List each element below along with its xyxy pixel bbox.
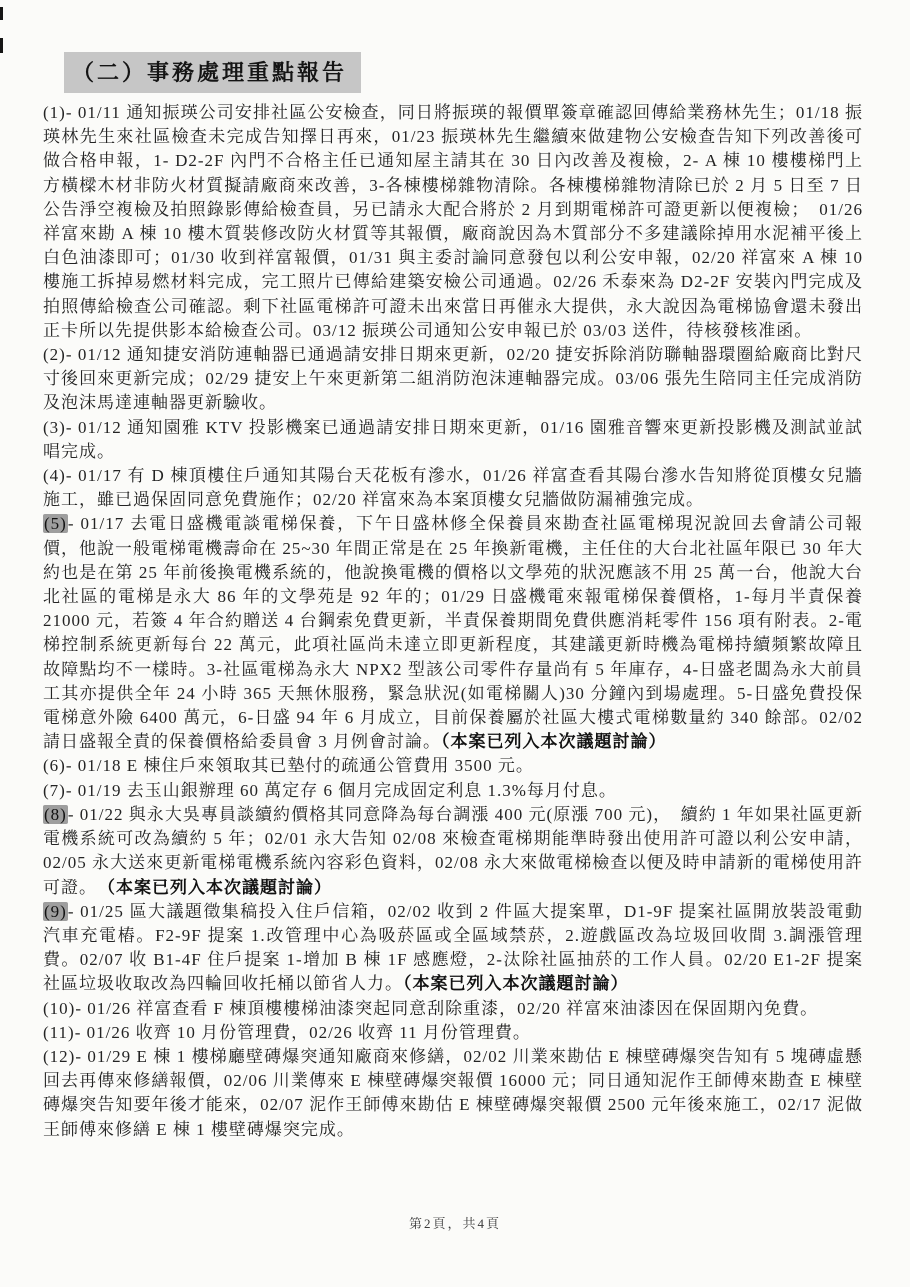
report-item-6: (6)- 01/18 E 棟住戶來領取其已墊付的疏通公管費用 3500 元。: [43, 754, 863, 778]
item-text: - 01/17 有 D 棟頂樓住戶通知其陽台天花板有滲水，01/26 祥富查看其…: [43, 466, 863, 509]
item-number: (4): [43, 466, 66, 485]
item-text: - 01/12 通知捷安消防連軸器已通過請安排日期來更新，02/20 捷安拆除消…: [43, 345, 863, 412]
item-text: - 01/19 去玉山銀辦理 60 萬定存 6 個月完成固定利息 1.3%每月付…: [66, 781, 617, 800]
item-text: - 01/12 通知園雅 KTV 投影機案已通過請安排日期來更新，01/16 園…: [43, 418, 863, 461]
item-number: (10): [43, 999, 75, 1018]
report-item-5: (5)- 01/17 去電日盛機電談電梯保養，下午日盛林修全保養員來勘查社區電梯…: [43, 512, 863, 754]
item-number-highlighted: (5): [43, 514, 68, 533]
report-item-9: (9)- 01/25 區大議題徵集稿投入住戶信箱，02/02 收到 2 件區大提…: [43, 900, 863, 997]
item-text: - 01/18 E 棟住戶來領取其已墊付的疏通公管費用 3500 元。: [66, 756, 534, 775]
item-number: (2): [43, 345, 66, 364]
item-number: (3): [43, 418, 66, 437]
item-number-highlighted: (9): [43, 902, 68, 921]
section-title-row: （二）事務處理重點報告: [43, 52, 863, 93]
item-discussion-note: （本案已列入本次議題討論）: [107, 878, 333, 897]
report-item-7: (7)- 01/19 去玉山銀辦理 60 萬定存 6 個月完成固定利息 1.3%…: [43, 779, 863, 803]
item-text: - 01/26 收齊 10 月份管理費，02/26 收齊 11 月份管理費。: [75, 1023, 531, 1042]
scan-artifact: [0, 7, 3, 20]
report-item-1: (1)- 01/11 通知振瑛公司安排社區公安檢查，同日將振瑛的報價單簽章確認回…: [43, 101, 863, 343]
report-item-11: (11)- 01/26 收齊 10 月份管理費，02/26 收齊 11 月份管理…: [43, 1021, 863, 1045]
item-number: (1): [43, 103, 66, 122]
report-item-12: (12)- 01/29 E 棟 1 樓梯廳壁磚爆突通知廠商來修繕，02/02 川…: [43, 1045, 863, 1142]
report-item-10: (10)- 01/26 祥富查看 F 棟頂樓樓梯油漆突起同意刮除重漆，02/20…: [43, 997, 863, 1021]
item-number: (11): [43, 1023, 75, 1042]
scanned-report-page: （二）事務處理重點報告 (1)- 01/11 通知振瑛公司安排社區公安檢查，同日…: [0, 0, 910, 1287]
report-item-4: (4)- 01/17 有 D 棟頂樓住戶通知其陽台天花板有滲水，01/26 祥富…: [43, 464, 863, 512]
section-title: （二）事務處理重點報告: [64, 52, 361, 93]
report-item-2: (2)- 01/12 通知捷安消防連軸器已通過請安排日期來更新，02/20 捷安…: [43, 343, 863, 416]
page-footer: 第2頁，共4頁: [0, 1213, 910, 1232]
item-number-highlighted: (8): [43, 805, 68, 824]
report-item-8: (8)- 01/22 與永大吳專員談續約價格其同意降為每台調漲 400 元(原漲…: [43, 803, 863, 900]
report-content: （二）事務處理重點報告 (1)- 01/11 通知振瑛公司安排社區公安檢查，同日…: [0, 0, 910, 1142]
report-item-3: (3)- 01/12 通知園雅 KTV 投影機案已通過請安排日期來更新，01/1…: [43, 416, 863, 464]
item-text: - 01/26 祥富查看 F 棟頂樓樓梯油漆突起同意刮除重漆，02/20 祥富來…: [75, 999, 818, 1018]
item-text: - 01/11 通知振瑛公司安排社區公安檢查，同日將振瑛的報價單簽章確認回傳給業…: [43, 103, 863, 340]
item-text: - 01/29 E 棟 1 樓梯廳壁磚爆突通知廠商來修繕，02/02 川業來勘估…: [43, 1047, 863, 1139]
item-number: (6): [43, 756, 66, 775]
item-discussion-note: （本案已列入本次議題討論）: [403, 974, 629, 993]
item-discussion-note: （本案已列入本次議題討論）: [441, 732, 667, 751]
scan-artifact: [0, 38, 3, 53]
item-text: - 01/17 去電日盛機電談電梯保養，下午日盛林修全保養員來勘查社區電梯現況說…: [43, 514, 863, 751]
item-number: (7): [43, 781, 66, 800]
item-number: (12): [43, 1047, 75, 1066]
